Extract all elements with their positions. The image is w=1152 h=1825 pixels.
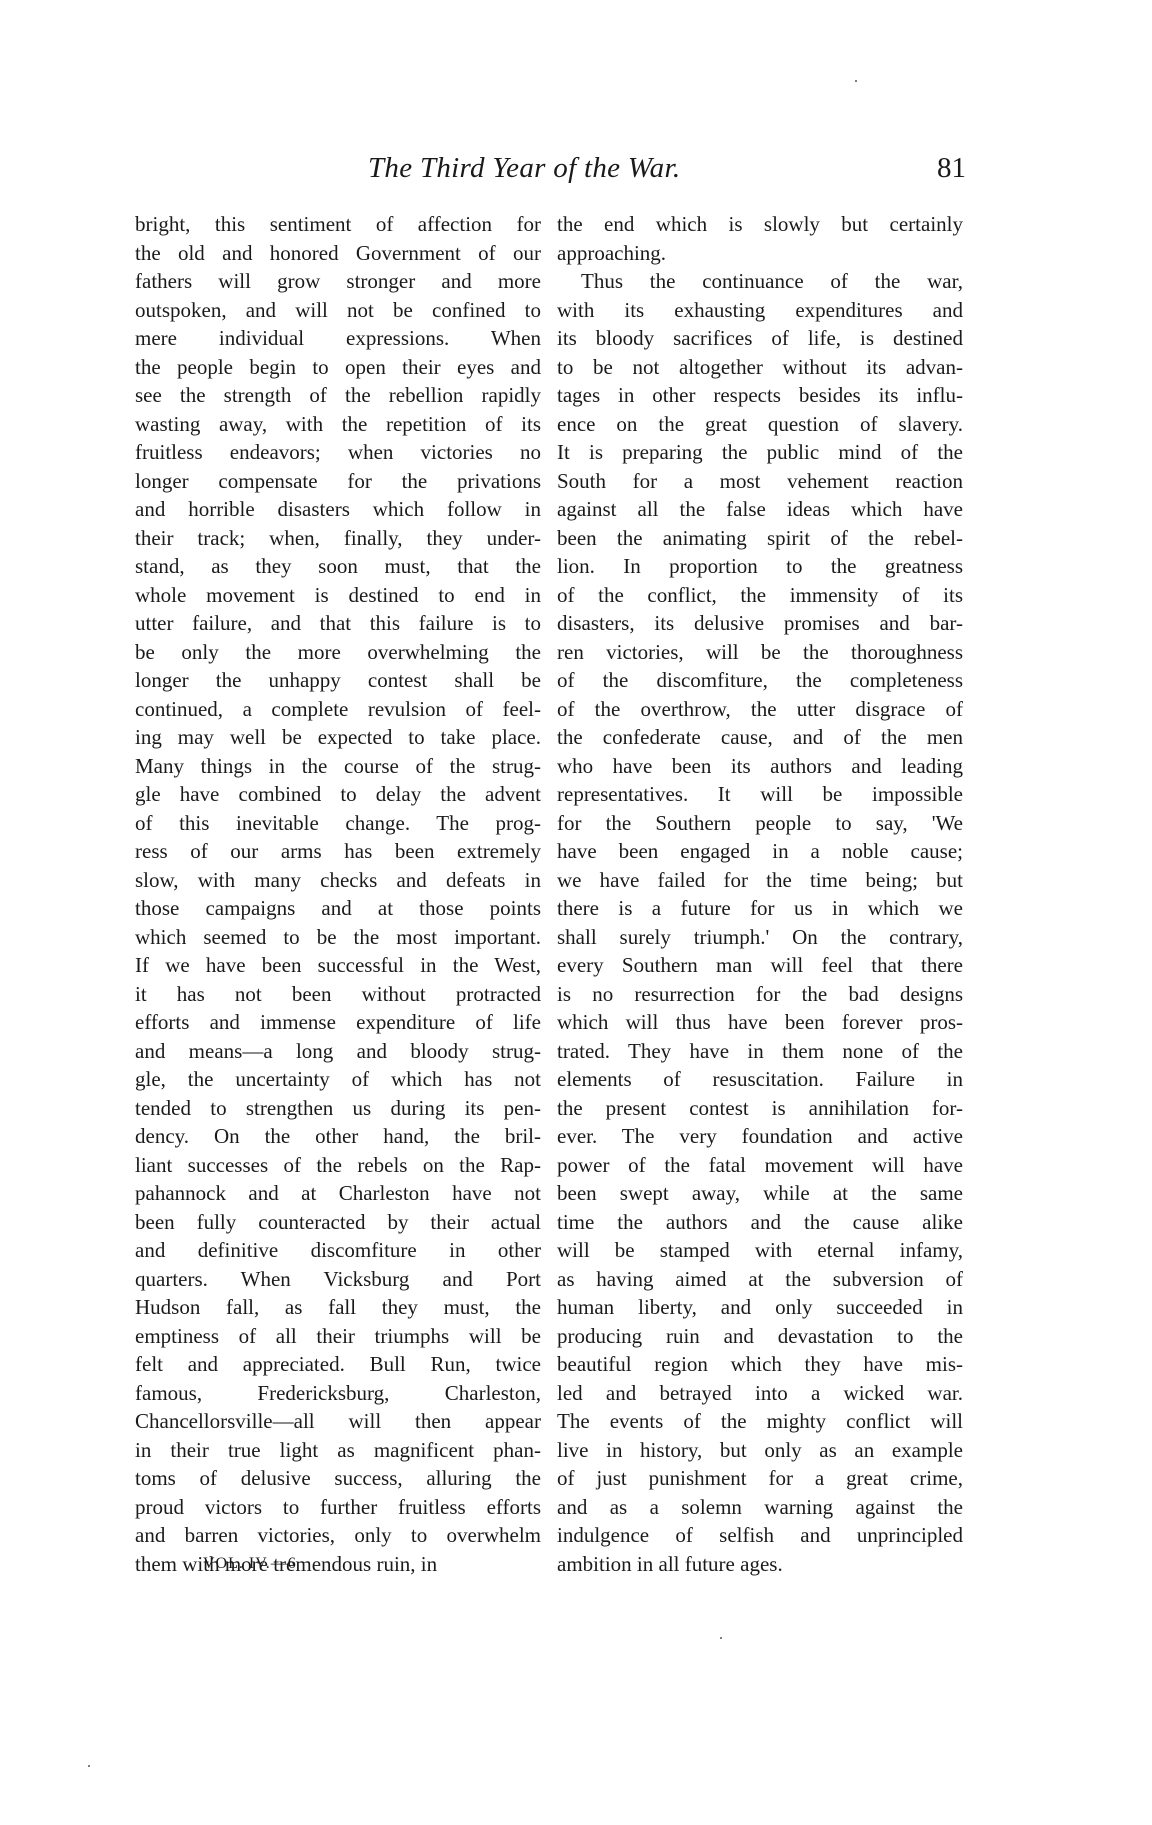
text-line: ing may well be expected to take place. — [135, 723, 541, 752]
running-head: The Third Year of the War. 81 — [0, 152, 1152, 192]
text-line: them with more tremendous ruin, in — [135, 1550, 541, 1579]
text-line: gle, the uncertainty of which has not — [135, 1065, 541, 1094]
text-line: and barren victories, only to overwhelm — [135, 1521, 541, 1550]
text-line: power of the fatal movement will have — [557, 1151, 963, 1180]
text-line: who have been its authors and leading — [557, 752, 963, 781]
text-line: longer the unhappy contest shall be — [135, 666, 541, 695]
text-line: continued, a complete revulsion of feel- — [135, 695, 541, 724]
text-line: as having aimed at the subversion of — [557, 1265, 963, 1294]
text-line: fathers will grow stronger and more — [135, 267, 541, 296]
text-line: efforts and immense expenditure of life — [135, 1008, 541, 1037]
text-column-left: bright, this sentiment of affection fort… — [135, 210, 541, 1578]
text-line: which will thus have been forever pros- — [557, 1008, 963, 1037]
text-line: see the strength of the rebellion rapidl… — [135, 381, 541, 410]
text-line: approaching. — [557, 239, 963, 268]
text-line: proud victors to further fruitless effor… — [135, 1493, 541, 1522]
text-line: The events of the mighty conflict will — [557, 1407, 963, 1436]
text-line: live in history, but only as an example — [557, 1436, 963, 1465]
scan-speck — [855, 80, 857, 82]
text-line: there is a future for us in which we — [557, 894, 963, 923]
text-line: mere individual expressions. When — [135, 324, 541, 353]
text-line: the end which is slowly but certainly — [557, 210, 963, 239]
text-line: longer compensate for the privations — [135, 467, 541, 496]
text-line: utter failure, and that this failure is … — [135, 609, 541, 638]
text-line: and definitive discomfiture in other — [135, 1236, 541, 1265]
text-line: of the discomfiture, the completeness — [557, 666, 963, 695]
text-line: elements of resuscitation. Failure in — [557, 1065, 963, 1094]
text-line: stand, as they soon must, that the — [135, 552, 541, 581]
text-line: in their true light as magnificent phan- — [135, 1436, 541, 1465]
text-line: against all the false ideas which have — [557, 495, 963, 524]
text-line: fruitless endeavors; when victories no — [135, 438, 541, 467]
scan-speck — [720, 1637, 722, 1639]
text-line: ence on the great question of slavery. — [557, 410, 963, 439]
text-line: human liberty, and only succeeded in — [557, 1293, 963, 1322]
text-line: famous, Fredericksburg, Charleston, — [135, 1379, 541, 1408]
text-line: quarters. When Vicksburg and Port — [135, 1265, 541, 1294]
text-line: Chancellorsville—all will then appear — [135, 1407, 541, 1436]
text-line: the old and honored Government of our — [135, 239, 541, 268]
text-line: If we have been successful in the West, — [135, 951, 541, 980]
text-line: and means—a long and bloody strug- — [135, 1037, 541, 1066]
text-line: It is preparing the public mind of the — [557, 438, 963, 467]
text-line: indulgence of selfish and unprincipled — [557, 1521, 963, 1550]
text-line: be only the more overwhelming the — [135, 638, 541, 667]
text-line: emptiness of all their triumphs will be — [135, 1322, 541, 1351]
text-line: which seemed to be the most important. — [135, 923, 541, 952]
text-line: been swept away, while at the same — [557, 1179, 963, 1208]
signature-mark: VOL. IV.—6 — [203, 1555, 297, 1573]
text-line: bright, this sentiment of affection for — [135, 210, 541, 239]
text-line: and as a solemn warning against the — [557, 1493, 963, 1522]
text-line: their track; when, finally, they under- — [135, 524, 541, 553]
running-title: The Third Year of the War. — [368, 152, 680, 185]
text-line: Hudson fall, as fall they must, the — [135, 1293, 541, 1322]
text-line: tages in other respects besides its infl… — [557, 381, 963, 410]
text-line: every Southern man will feel that there — [557, 951, 963, 980]
text-line: ambition in all future ages. — [557, 1550, 963, 1579]
text-line: is no resurrection for the bad designs — [557, 980, 963, 1009]
text-line: shall surely triumph.' On the contrary, — [557, 923, 963, 952]
text-line: felt and appreciated. Bull Run, twice — [135, 1350, 541, 1379]
text-line: those campaigns and at those points — [135, 894, 541, 923]
text-line: wasting away, with the repetition of its — [135, 410, 541, 439]
text-line: to be not altogether without its advan- — [557, 353, 963, 382]
text-line: Many things in the course of the strug- — [135, 752, 541, 781]
text-line: it has not been without protracted — [135, 980, 541, 1009]
text-line: outspoken, and will not be confined to — [135, 296, 541, 325]
text-line: disasters, its delusive promises and bar… — [557, 609, 963, 638]
text-line: producing ruin and devastation to the — [557, 1322, 963, 1351]
text-line: and horrible disasters which follow in — [135, 495, 541, 524]
text-line: representatives. It will be impossible — [557, 780, 963, 809]
page-number: 81 — [937, 152, 966, 185]
text-line: led and betrayed into a wicked war. — [557, 1379, 963, 1408]
text-line: been the animating spirit of the rebel- — [557, 524, 963, 553]
text-line: of the conflict, the immensity of its — [557, 581, 963, 610]
text-line: ress of our arms has been extremely — [135, 837, 541, 866]
text-line: have been engaged in a noble cause; — [557, 837, 963, 866]
text-line: been fully counteracted by their actual — [135, 1208, 541, 1237]
text-line: trated. They have in them none of the — [557, 1037, 963, 1066]
text-line: its bloody sacrifices of life, is destin… — [557, 324, 963, 353]
text-line: of just punishment for a great crime, — [557, 1464, 963, 1493]
text-line: the present contest is annihilation for- — [557, 1094, 963, 1123]
text-line: South for a most vehement reaction — [557, 467, 963, 496]
text-line: tended to strengthen us during its pen- — [135, 1094, 541, 1123]
text-line: of the overthrow, the utter disgrace of — [557, 695, 963, 724]
text-line: the people begin to open their eyes and — [135, 353, 541, 382]
scan-speck — [88, 1765, 90, 1767]
text-line: lion. In proportion to the greatness — [557, 552, 963, 581]
text-line: toms of delusive success, alluring the — [135, 1464, 541, 1493]
text-line: dency. On the other hand, the bril- — [135, 1122, 541, 1151]
book-page: The Third Year of the War. 81 bright, th… — [0, 0, 1152, 1825]
text-line: of this inevitable change. The prog- — [135, 809, 541, 838]
text-line: slow, with many checks and defeats in — [135, 866, 541, 895]
text-line: Thus the continuance of the war, — [557, 267, 963, 296]
text-line: we have failed for the time being; but — [557, 866, 963, 895]
text-line: with its exhausting expenditures and — [557, 296, 963, 325]
text-line: beautiful region which they have mis- — [557, 1350, 963, 1379]
text-line: pahannock and at Charleston have not — [135, 1179, 541, 1208]
text-line: liant successes of the rebels on the Rap… — [135, 1151, 541, 1180]
text-line: ever. The very foundation and active — [557, 1122, 963, 1151]
text-column-right: the end which is slowly but certainlyapp… — [557, 210, 963, 1578]
text-line: time the authors and the cause alike — [557, 1208, 963, 1237]
text-line: ren victories, will be the thoroughness — [557, 638, 963, 667]
text-line: will be stamped with eternal infamy, — [557, 1236, 963, 1265]
text-line: the confederate cause, and of the men — [557, 723, 963, 752]
text-line: for the Southern people to say, 'We — [557, 809, 963, 838]
text-line: gle have combined to delay the advent — [135, 780, 541, 809]
text-line: whole movement is destined to end in — [135, 581, 541, 610]
